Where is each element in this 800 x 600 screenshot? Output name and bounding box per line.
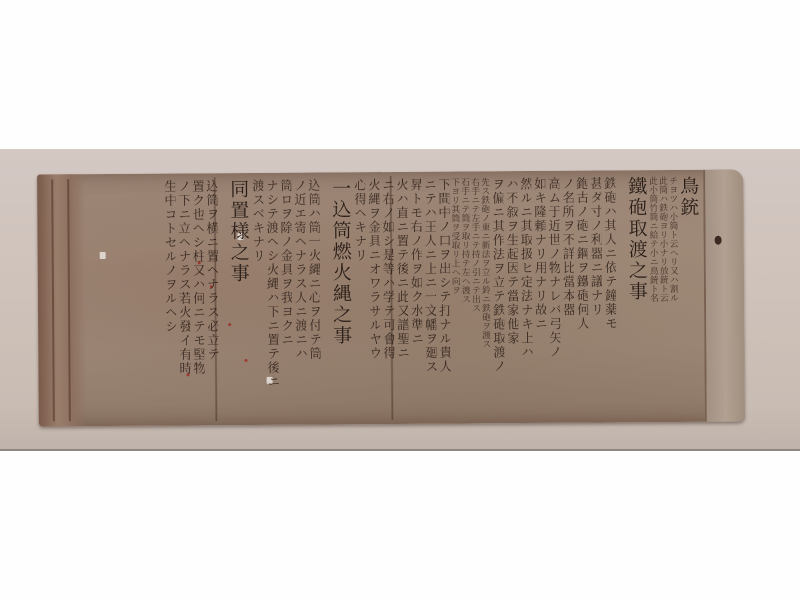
- text-column-heading: 鳥銃: [677, 176, 701, 412]
- text-column: チヨツハ小筒ト云ヘリ又ハ割ル: [667, 176, 679, 412]
- text-column: 鉋古ノ砲ニ鋼ヲ鐵砲何人: [573, 177, 589, 413]
- text-column: ニ右ノ如シ是等ハ学テ可會得: [379, 178, 395, 414]
- text-column: 筒ロヲ除ノ金具ヲ我ヨクニ: [277, 179, 293, 415]
- text-column: ヲ偏ニ其作法ヲ立テ鉄砲取渡ノ: [489, 177, 505, 413]
- text-column: 甚ダ寸ノ利器ニ議ナリ: [587, 177, 603, 413]
- text-column: 昇トモ右ノ作ヲ如ク水準ニ: [407, 178, 423, 414]
- text-column: 込筒ハ筒一火縄ニ心ヲ付テ筒: [305, 178, 321, 414]
- text-column: 然ルニ其取扱ヒ定法ナキ上ハ: [517, 177, 533, 413]
- text-column: 此小筒竹筒ニ給テ小ニ鳥銃ト名: [647, 176, 659, 412]
- text-column: ニテハ王人ニ上ニ一文幡ヲ廻ス: [421, 178, 437, 414]
- manuscript-page: 鳥銃 チヨツハ小筒ト云ヘリ又ハ割ル 此筒ハ鉄砲ヨリ小ナリ放銃ト云 此小筒竹筒ニ給…: [37, 170, 745, 427]
- text-column: 鉄砲ハ其人ニ依テ鐘薬モ: [601, 176, 617, 412]
- text-column: ノ近エ寄ヘナラス人ニ渡ニハ: [291, 179, 307, 415]
- text-column: 高ム于近世ノ物ナレバ弓矢ノ: [545, 177, 561, 413]
- text-column-heading: 一込筒燃火縄之事: [329, 178, 353, 414]
- text-column: 右手ニテ左手ニテ持ノ引ニテ出ス: [469, 177, 481, 413]
- text-column-heading: 同置様之事: [227, 179, 251, 415]
- text-column: ノ名所ヲ不詳比當本器: [559, 177, 575, 413]
- text-column: ノ下ニ立ヘナラス若火發イ有時: [175, 179, 191, 415]
- text-column: 火ハ直ニ置テ後ニ此又譜聖ニ: [393, 178, 409, 414]
- binding-hole: [715, 236, 722, 245]
- text-column: 込筒ヲ横ニ置ヘナラス必立テ: [203, 179, 219, 415]
- text-column: ハ不叙ヲ生起因テ當家他家: [503, 177, 519, 413]
- photo-stage: 鳥銃 チヨツハ小筒ト云ヘリ又ハ割ル 此筒ハ鉄砲ヨリ小ナリ放銃ト云 此小筒竹筒ニ給…: [0, 0, 800, 600]
- text-column: 生中コトセルノヲルヘシ: [161, 180, 177, 416]
- backdrop-edge: [0, 449, 800, 451]
- text-column: 下ヨリ其筒ヲ受取リ上ヘ向ヲ: [449, 178, 461, 414]
- text-column-heading: 鐵砲取渡之事: [625, 176, 649, 412]
- worn-left-edge: [37, 174, 87, 426]
- text-column: 先ス鉄砲ノ東ニ新法ヲ立ル鈴ニ鉄砲ヲ渡ス: [479, 177, 491, 413]
- text-column: 此筒ハ鉄砲ヨリ小ナリ放銃ト云: [657, 176, 669, 412]
- text-column: 石手ニテ筒ヲ取リ持テ左ヘ渡ス: [459, 177, 471, 413]
- text-columns: 鳥銃 チヨツハ小筒ト云ヘリ又ハ割ル 此筒ハ鉄砲ヨリ小ナリ放銃ト云 此小筒竹筒ニ給…: [89, 176, 701, 420]
- text-column: 下間中ノ口ヲ出シテ打ナル貴人: [435, 178, 451, 414]
- text-column: 火縄ヲ金具ニオワラサルヤウ: [365, 178, 381, 414]
- text-column: 如キ隆頼ナリ用ナリ故ニ: [531, 177, 547, 413]
- text-column: 渡スベキナリ: [249, 179, 265, 415]
- text-column: 心得ヘキナリ: [351, 178, 367, 414]
- text-column: ナシテ渡ヘシ火縄ハ下ニ置テ後ニ: [263, 179, 279, 415]
- right-cover-flap: [703, 170, 745, 422]
- text-column: 置ク也ヘシ柱又ハ何ニテモ堅物: [189, 179, 205, 415]
